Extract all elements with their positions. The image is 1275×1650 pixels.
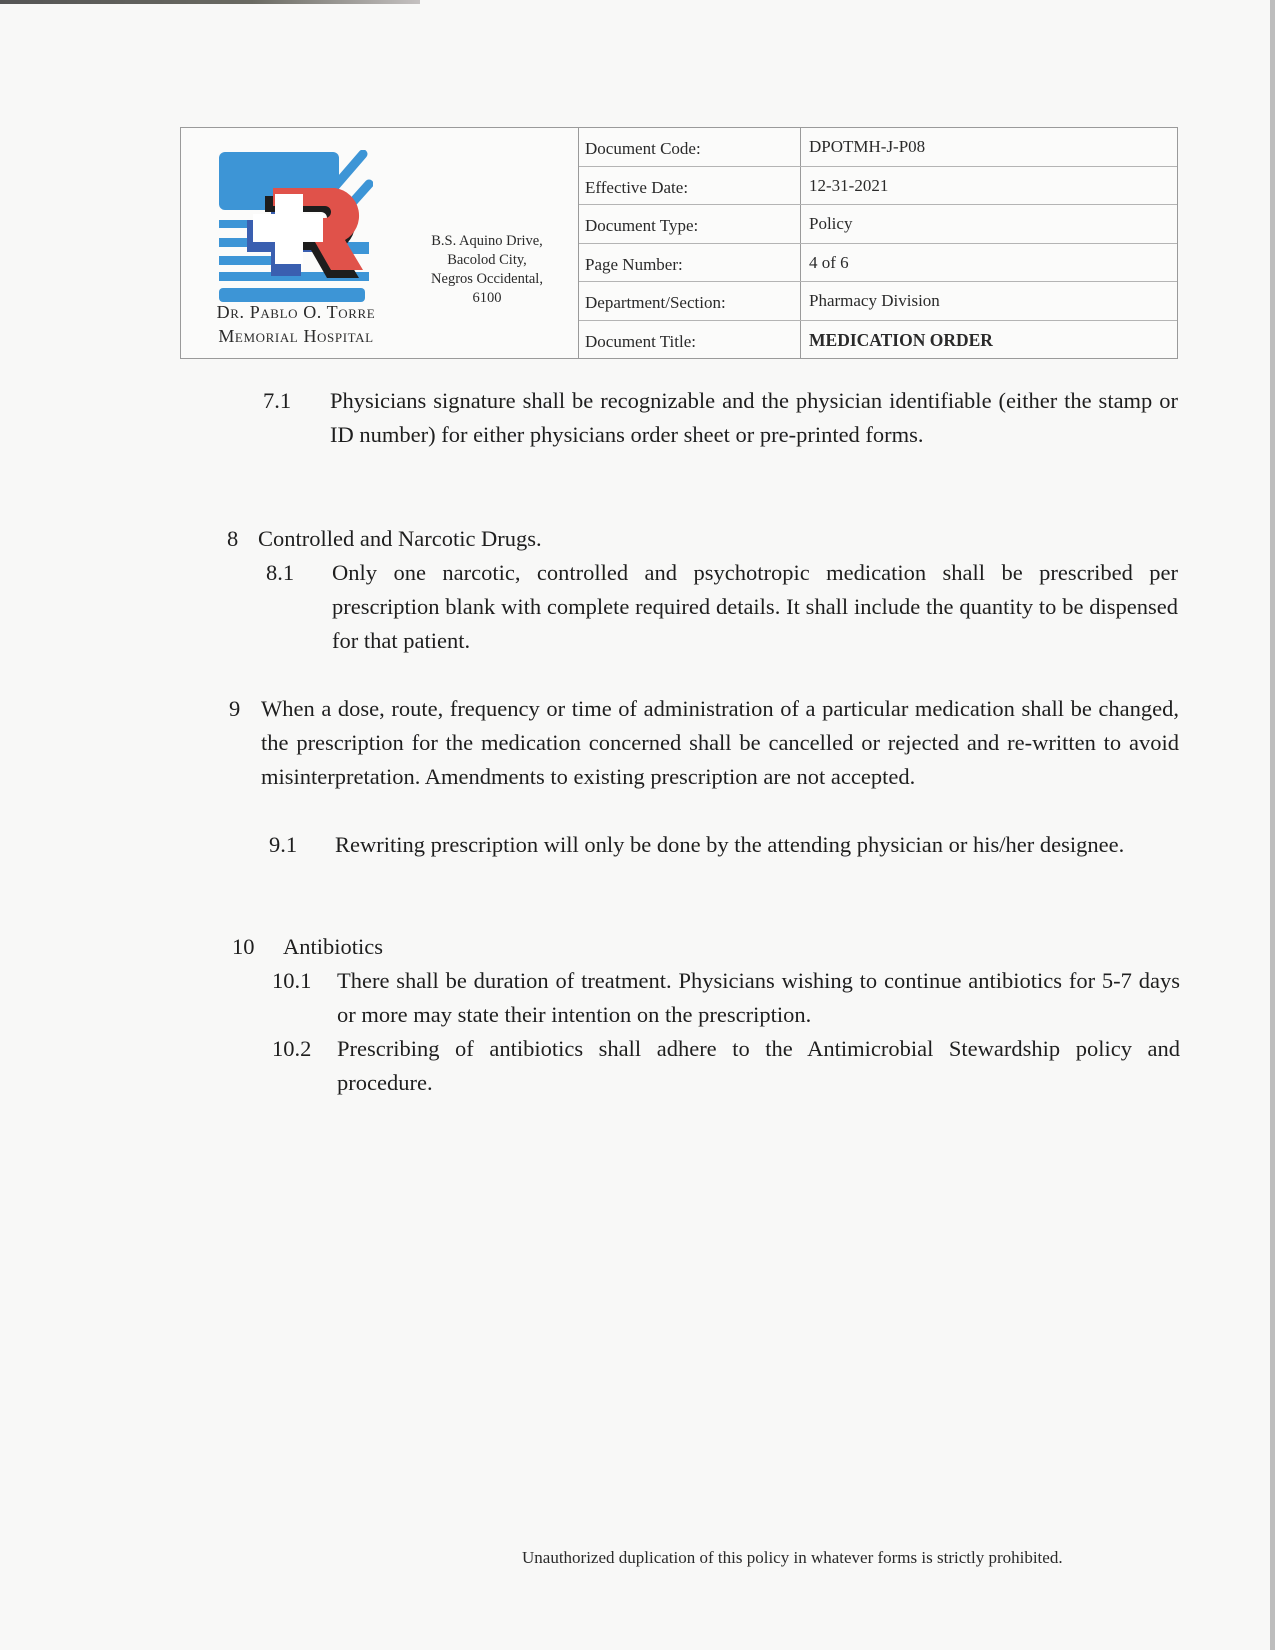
address-line: Negros Occidental, — [403, 270, 571, 289]
meta-row-effective-date: Effective Date: 12-31-2021 — [579, 167, 1177, 206]
hospital-identity-cell: Dr. Pablo O. Torre Memorial Hospital B.S… — [181, 128, 579, 358]
section-number: 10 — [232, 930, 255, 964]
meta-label: Document Type: — [579, 205, 801, 243]
document-meta: Document Code: DPOTMH-J-P08 Effective Da… — [579, 128, 1177, 358]
document-title: MEDICATION ORDER — [801, 321, 1177, 360]
meta-label: Page Number: — [579, 244, 801, 282]
section-number: 10.2 — [272, 1032, 311, 1066]
meta-label: Document Code: — [579, 128, 801, 166]
meta-label: Document Title: — [579, 321, 801, 360]
hospital-address: B.S. Aquino Drive, Bacolod City, Negros … — [403, 232, 571, 308]
meta-row-department: Department/Section: Pharmacy Division — [579, 282, 1177, 321]
section-text: When a dose, route, frequency or time of… — [261, 692, 1179, 794]
address-line: B.S. Aquino Drive, — [403, 232, 571, 251]
section-heading: Controlled and Narcotic Drugs. — [258, 522, 1178, 556]
hospital-name-line1: Dr. Pablo O. Torre — [191, 300, 401, 324]
meta-row-document-title: Document Title: MEDICATION ORDER — [579, 321, 1177, 360]
footer-notice: Unauthorized duplication of this policy … — [522, 1548, 1063, 1568]
hospital-name: Dr. Pablo O. Torre Memorial Hospital — [191, 300, 401, 348]
section-number: 8 — [227, 522, 238, 556]
meta-value: Policy — [801, 205, 1177, 243]
meta-value: 4 of 6 — [801, 244, 1177, 282]
scan-edge-top — [0, 0, 420, 4]
meta-row-document-code: Document Code: DPOTMH-J-P08 — [579, 128, 1177, 167]
section-number: 9.1 — [269, 828, 297, 862]
hospital-cross-r-logo-icon — [217, 150, 373, 306]
section-number: 9 — [229, 692, 240, 726]
hospital-name-line2: Memorial Hospital — [191, 324, 401, 348]
document-header-table: Dr. Pablo O. Torre Memorial Hospital B.S… — [180, 127, 1178, 359]
scan-edge-right — [1270, 0, 1275, 1650]
meta-label: Effective Date: — [579, 167, 801, 205]
section-text: Rewriting prescription will only be done… — [335, 828, 1179, 862]
section-text: Prescribing of antibiotics shall adhere … — [337, 1032, 1180, 1100]
section-text: There shall be duration of treatment. Ph… — [337, 964, 1180, 1032]
meta-value: Pharmacy Division — [801, 282, 1177, 320]
address-line: Bacolod City, — [403, 251, 571, 270]
meta-row-document-type: Document Type: Policy — [579, 205, 1177, 244]
meta-value: DPOTMH-J-P08 — [801, 128, 1177, 166]
meta-value: 12-31-2021 — [801, 167, 1177, 205]
section-text: Only one narcotic, controlled and psycho… — [332, 556, 1178, 658]
section-number: 10.1 — [272, 964, 311, 998]
section-heading: Antibiotics — [283, 930, 1179, 964]
section-number: 7.1 — [263, 384, 291, 418]
section-text: Physicians signature shall be recognizab… — [330, 384, 1178, 452]
meta-row-page-number: Page Number: 4 of 6 — [579, 244, 1177, 283]
section-number: 8.1 — [266, 556, 294, 590]
meta-label: Department/Section: — [579, 282, 801, 320]
address-line: 6100 — [403, 289, 571, 308]
